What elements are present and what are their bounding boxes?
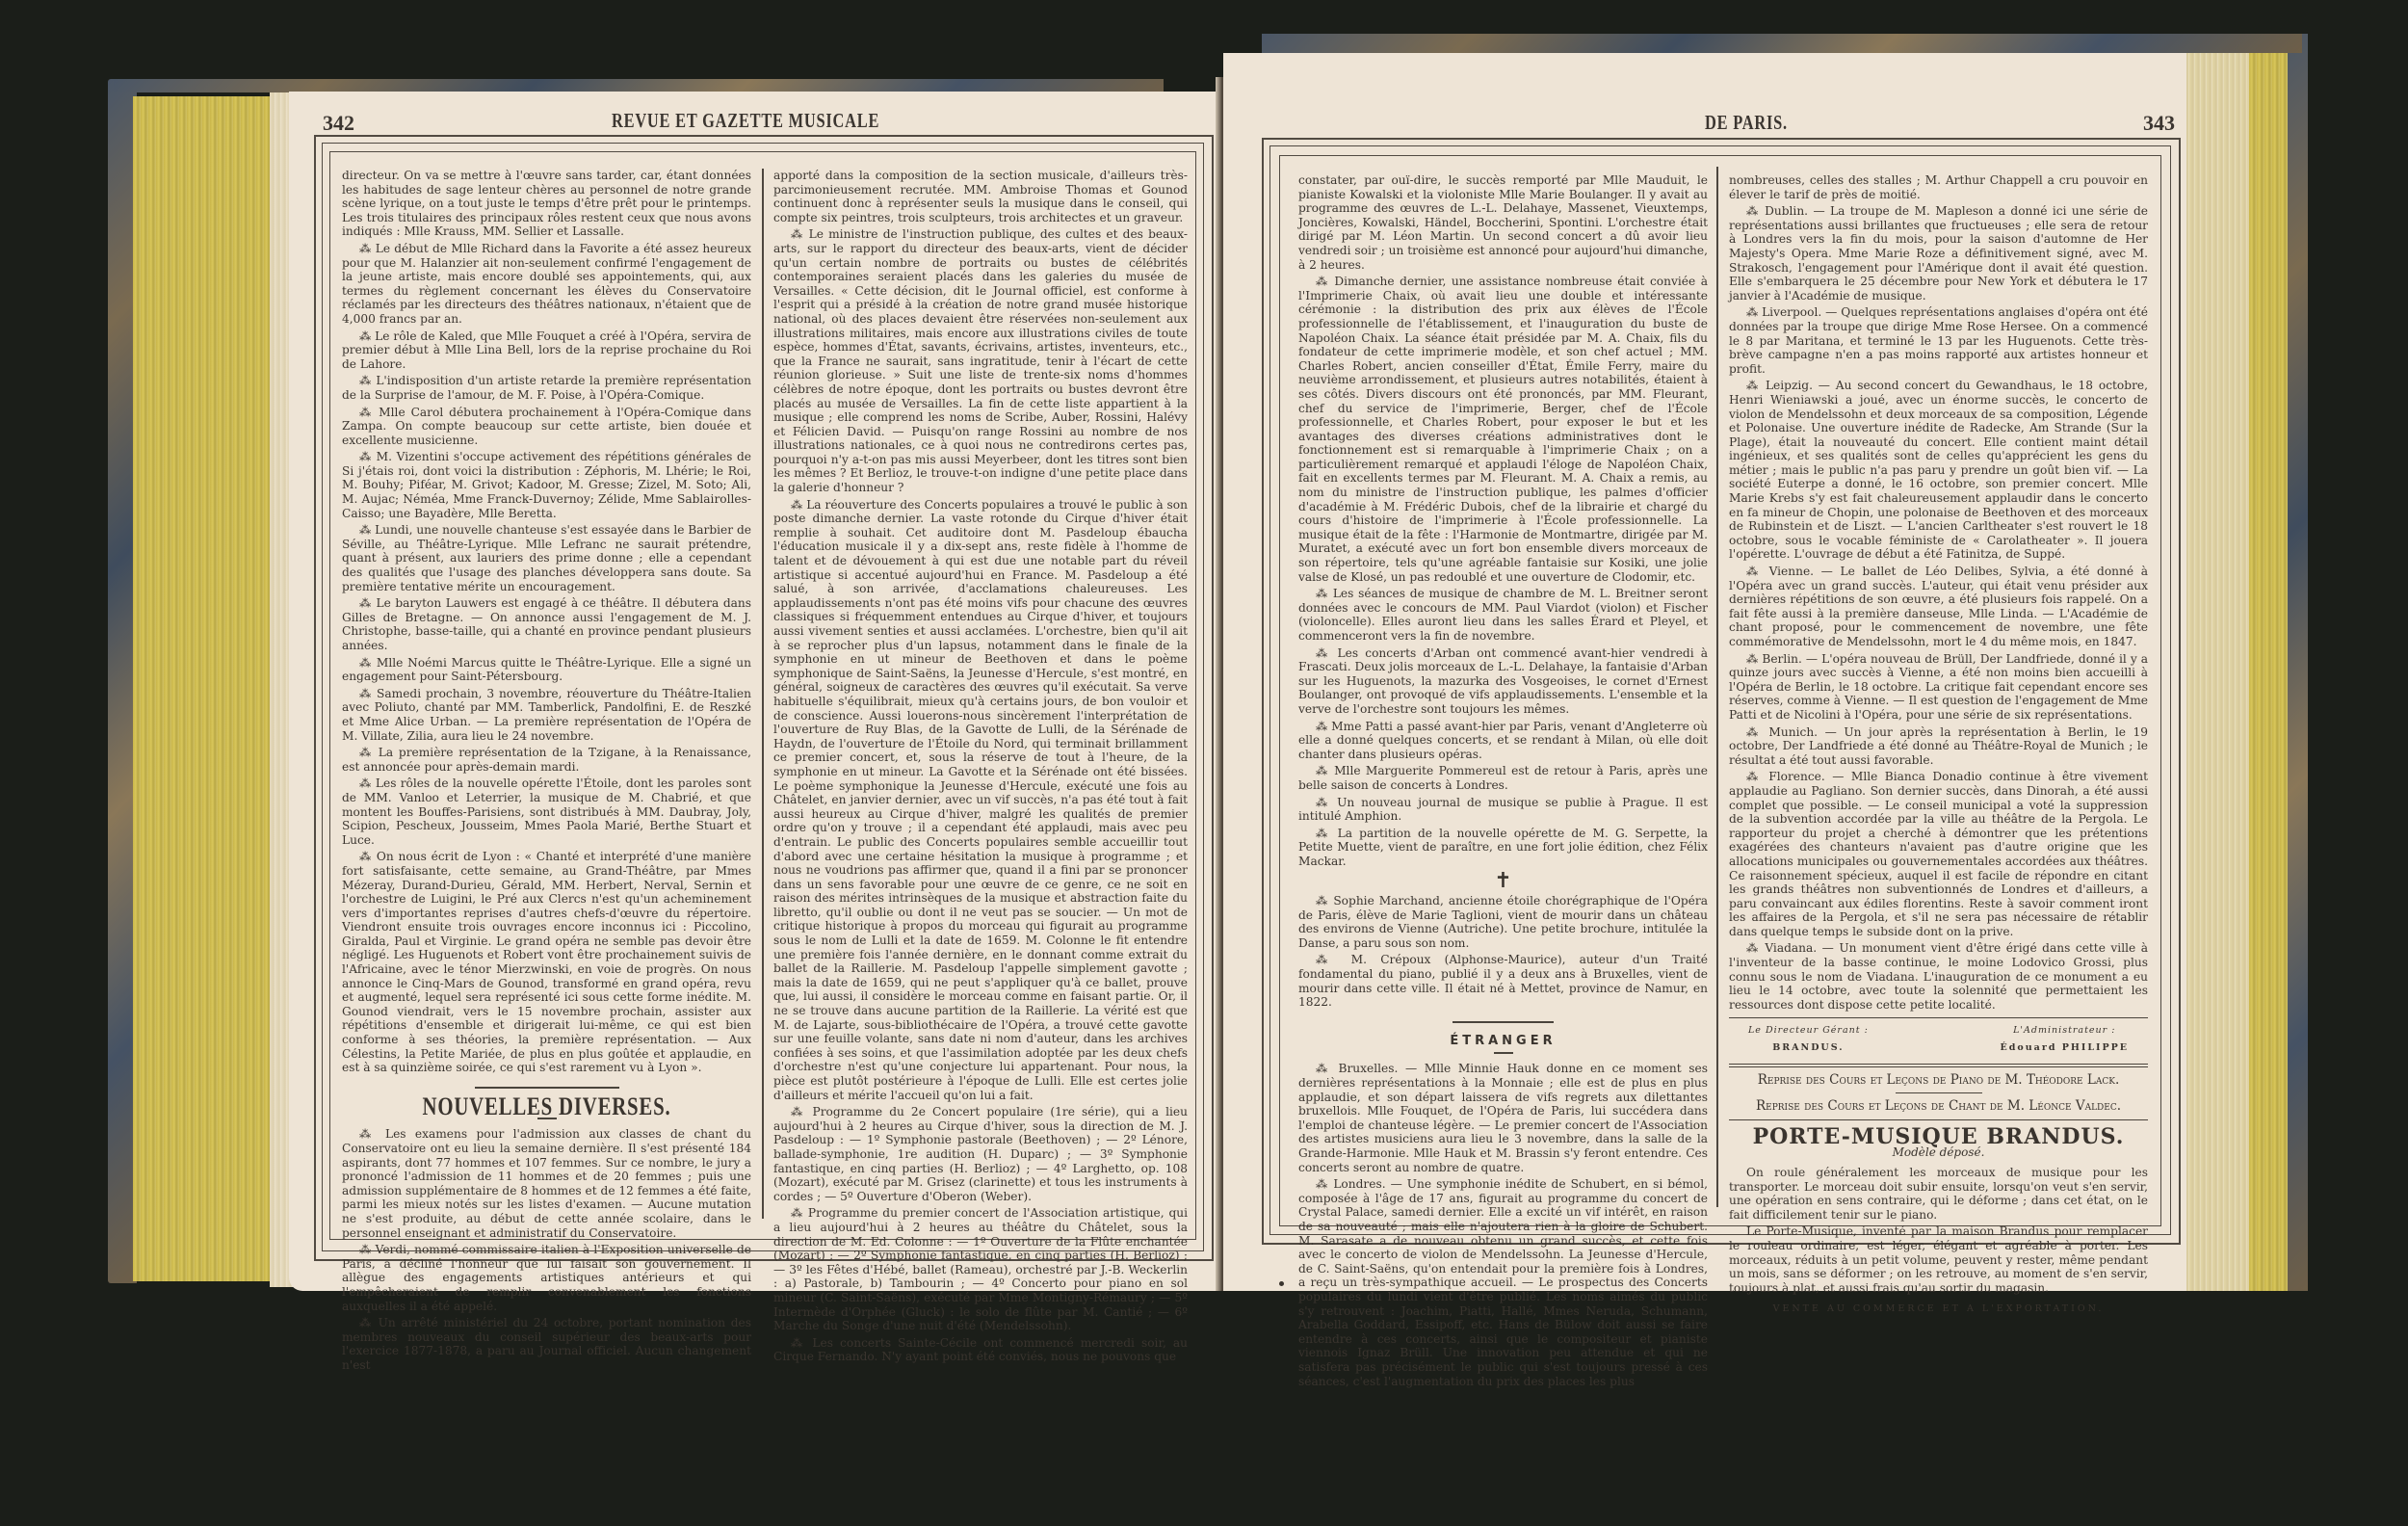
paragraph: ⁂ Mme Patti a passé avant-hier par Paris… bbox=[1298, 720, 1708, 762]
column-separator bbox=[762, 169, 764, 1219]
left-page-column-2: apporté dans la composition de la sectio… bbox=[773, 169, 1188, 1367]
admin-role: L'Administrateur : bbox=[2001, 1024, 2129, 1039]
paragraph: ⁂ Le ministre de l'instruction publique,… bbox=[773, 227, 1188, 494]
administrator-signature: L'Administrateur : Édouard PHILIPPE bbox=[2001, 1024, 2129, 1055]
paragraph: ⁂ Mlle Noémi Marcus quitte le Théâtre-Ly… bbox=[342, 656, 751, 684]
paragraph: ⁂ La réouverture des Concerts populaires… bbox=[773, 498, 1188, 1103]
paragraph: ⁂ Mlle Carol débutera prochainement à l'… bbox=[342, 406, 751, 448]
announcement-divider bbox=[1896, 1092, 1982, 1093]
title-dash bbox=[1494, 1052, 1513, 1054]
advert-footer: VENTE AU COMMERCE ET A L'EXPORTATION. bbox=[1729, 1302, 2148, 1317]
ink-speck bbox=[1279, 1281, 1284, 1286]
obituary-cross-icon: ✝ bbox=[1298, 875, 1708, 889]
advert-title: PORTE-MUSIQUE BRANDUS. bbox=[1729, 1130, 2148, 1144]
paragraph: ⁂ Lundi, une nouvelle chanteuse s'est es… bbox=[342, 523, 751, 593]
paragraph: ⁂ Les examens pour l'admission aux class… bbox=[342, 1127, 751, 1240]
paragraph: ⁂ Programme du premier concert de l'Asso… bbox=[773, 1206, 1188, 1332]
section-title-nouvelles-diverses: NOUVELLES DIVERSES. bbox=[383, 1100, 711, 1115]
paragraph: ⁂ Liverpool. — Quelques représentations … bbox=[1729, 305, 2148, 376]
director-role: Le Directeur Gérant : bbox=[1748, 1024, 1869, 1039]
right-page-column-2: nombreuses, celles des stalles ; M. Arth… bbox=[1729, 173, 2148, 1317]
paragraph: ⁂ Programme du 2e Concert populaire (1re… bbox=[773, 1105, 1188, 1203]
paragraph: ⁂ L'indisposition d'un artiste retarde l… bbox=[342, 374, 751, 402]
paragraph: ⁂ Mlle Marguerite Pommereul est de retou… bbox=[1298, 764, 1708, 792]
section-rule bbox=[1453, 1021, 1554, 1023]
paragraph: ⁂ La première représentation de la Tziga… bbox=[342, 746, 751, 774]
marbled-cover-top-right bbox=[1262, 34, 2302, 53]
paragraph: ⁂ La partition de la nouvelle opérette d… bbox=[1298, 827, 1708, 869]
announcement-rule-double bbox=[1729, 1066, 2148, 1067]
paragraph: ⁂ Les rôles de la nouvelle opérette l'Ét… bbox=[342, 776, 751, 847]
paragraph: ⁂ Un nouveau journal de musique se publi… bbox=[1298, 796, 1708, 824]
page-number-right: 343 bbox=[2143, 111, 2175, 136]
gilt-page-edges-right bbox=[2249, 53, 2288, 1291]
paragraph: ⁂ Les concerts Sainte-Cécile ont commenc… bbox=[773, 1336, 1188, 1364]
director-name: BRANDUS. bbox=[1748, 1041, 1869, 1056]
paragraph: apporté dans la composition de la sectio… bbox=[773, 169, 1188, 224]
signature-rule bbox=[1729, 1017, 2148, 1018]
announcement-piano-lessons: Reprise des Cours et Leçons de Piano de … bbox=[1729, 1073, 2148, 1088]
paragraph: ⁂ Vienne. — Le ballet de Léo Delibes, Sy… bbox=[1729, 565, 2148, 649]
paragraph: ⁂ On nous écrit de Lyon : « Chanté et in… bbox=[342, 850, 751, 1075]
paragraph: directeur. On va se mettre à l'œuvre san… bbox=[342, 169, 751, 239]
paragraph: ⁂ Viadana. — Un monument vient d'être ér… bbox=[1729, 941, 2148, 1012]
paragraph: ⁂ Les séances de musique de chambre de M… bbox=[1298, 587, 1708, 643]
paragraph: ⁂ Samedi prochain, 3 novembre, réouvertu… bbox=[342, 687, 751, 743]
paragraph: ⁂ Dublin. — La troupe de M. Mapleson a d… bbox=[1729, 204, 2148, 303]
announcement-singing-lessons: Reprise des Cours et Leçons de Chant de … bbox=[1729, 1099, 2148, 1114]
left-page-column-1: directeur. On va se mettre à l'œuvre san… bbox=[342, 169, 751, 1376]
paragraph: nombreuses, celles des stalles ; M. Arth… bbox=[1729, 173, 2148, 201]
announcement-rule bbox=[1729, 1064, 2148, 1065]
paragraph: ⁂ Le début de Mlle Richard dans la Favor… bbox=[342, 242, 751, 327]
paragraph: ⁂ Berlin. — L'opéra nouveau de Brüll, De… bbox=[1729, 652, 2148, 723]
signature-block: Le Directeur Gérant : BRANDUS. L'Adminis… bbox=[1729, 1024, 2148, 1055]
gilt-page-edges-left bbox=[133, 96, 287, 1281]
section-title-etranger: ÉTRANGER bbox=[1298, 1035, 1708, 1049]
paragraph: ⁂ Munich. — Un jour après la représentat… bbox=[1729, 725, 2148, 768]
paragraph: ⁂ Verdi, nommé commissaire italien à l'E… bbox=[342, 1243, 751, 1313]
right-page: DE PARIS. 343 constater, par ouï-dire, l… bbox=[1223, 53, 2186, 1291]
running-head-right: DE PARIS. bbox=[1705, 111, 1788, 135]
section-rule bbox=[475, 1087, 619, 1089]
director-signature: Le Directeur Gérant : BRANDUS. bbox=[1748, 1024, 1869, 1055]
advert-paragraph: Le Porte-Musique, inventé par la maison … bbox=[1729, 1224, 2148, 1295]
paragraph: ⁂ Florence. — Mlle Bianca Donadio contin… bbox=[1729, 770, 2148, 938]
paragraph: ⁂ Le rôle de Kaled, que Mlle Fouquet a c… bbox=[342, 329, 751, 372]
paragraph: ⁂ Bruxelles. — Mlle Minnie Hauk donne en… bbox=[1298, 1062, 1708, 1174]
right-page-column-1: constater, par ouï-dire, le succès rempo… bbox=[1298, 173, 1708, 1391]
admin-name: Édouard PHILIPPE bbox=[2001, 1041, 2129, 1056]
paragraph: ⁂ M. Vizentini s'occupe activement des r… bbox=[342, 450, 751, 520]
paragraph: ⁂ Un arrêté ministériel du 24 octobre, p… bbox=[342, 1316, 751, 1372]
paragraph: ⁂ Dimanche dernier, une assistance nombr… bbox=[1298, 275, 1708, 584]
paragraph: ⁂ Les concerts d'Arban ont commencé avan… bbox=[1298, 646, 1708, 717]
column-separator bbox=[1716, 167, 1718, 1207]
left-page: 342 REVUE ET GAZETTE MUSICALE directeur.… bbox=[289, 92, 1223, 1291]
marbled-cover-top-left bbox=[114, 79, 1164, 92]
paragraph: ⁂ Le baryton Lauwers est engagé à ce thé… bbox=[342, 596, 751, 652]
paragraph: ⁂ Sophie Marchand, ancienne étoile choré… bbox=[1298, 894, 1708, 950]
page-number-left: 342 bbox=[323, 111, 354, 136]
advert-paragraph: On roule généralement les morceaux de mu… bbox=[1729, 1166, 2148, 1222]
paragraph: ⁂ M. Crépoux (Alphonse-Maurice), auteur … bbox=[1298, 953, 1708, 1009]
running-head-left: REVUE ET GAZETTE MUSICALE bbox=[612, 109, 879, 133]
advert-rule bbox=[1729, 1119, 2148, 1120]
paragraph: ⁂ Leipzig. — Au second concert du Gewand… bbox=[1729, 379, 2148, 562]
paragraph: ⁂ Londres. — Une symphonie inédite de Sc… bbox=[1298, 1177, 1708, 1388]
paragraph: constater, par ouï-dire, le succès rempo… bbox=[1298, 173, 1708, 272]
